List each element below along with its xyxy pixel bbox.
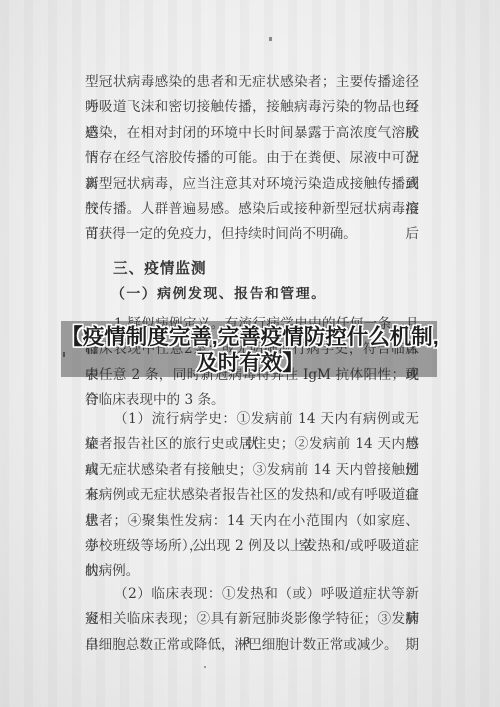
text-line: 下存在经气溶胶传播的可能。由于在粪便、尿液中可分离到 [85, 146, 419, 171]
scan-speck [204, 666, 206, 668]
text-line: 患者；④聚集性发病：14 天内在小范围内（如家庭、办公室、 [85, 509, 419, 534]
section-heading-epidemic-monitoring: 三、疫情监测 [85, 257, 419, 282]
scan-speck [269, 37, 272, 41]
paragraph-epidemiological-history: （1）流行病学史：①发病前 14 天内有病例或无症状感 染者报告社区的旅行史或居… [85, 407, 419, 585]
paragraph-transmission: 型冠状病毒感染的患者和无症状感染者；主要传播途径为经 呼吸道飞沫和密切接触传播，… [85, 70, 419, 248]
text-line: 学校班级等场所），出现 2 例及以上发热和/或呼吸道症状 [85, 534, 419, 559]
text-line: 呼吸道飞沫和密切接触传播，接触病毒污染的物品也可造成 [85, 95, 419, 120]
text-line: 的病例。 [85, 559, 419, 584]
subsection-heading-case-detection: （一）病例发现、报告和管理。 [85, 282, 419, 307]
text-line: 炎相关临床表现；②具有新冠肺炎影像学特征；③发病早期 [85, 607, 419, 632]
text-line: 或无症状感染者有接触史；③发病前 14 天内曾接触过来自 [85, 458, 419, 483]
headings-block: 三、疫情监测 （一）病例发现、报告和管理。 [85, 257, 419, 308]
text-line: （1）流行病学史：①发病前 14 天内有病例或无症状感 [85, 407, 419, 432]
text-line: 新型冠状病毒，应当注意其对环境污染造成接触传播或气溶 [85, 172, 419, 197]
page-number: 3 [197, 637, 297, 647]
text-line: 型冠状病毒感染的患者和无症状感染者；主要传播途径为经 [85, 70, 419, 95]
text-line: 胶传播。人群普遍易感。感染后或接种新型冠状病毒疫苗后 [85, 197, 419, 222]
text-line: 染者报告社区的旅行史或居住史；②发病前 14 天内与病例 [85, 432, 419, 457]
watermark-title: 【疫情制度完善,完善疫情防控什么机制,及时有效】 [60, 324, 440, 376]
text-line: （2）临床表现：①发热和（或）呼吸道症状等新冠肺 [85, 582, 419, 607]
text-line: 感染，在相对封闭的环境中长时间暴露于高浓度气溶胶情况 [85, 121, 419, 146]
scanned-document-page: 型冠状病毒感染的患者和无症状感染者；主要传播途径为经 呼吸道飞沫和密切接触传播，… [0, 0, 500, 707]
text-line: 有病例或无症状感染者报告社区的发热和/或有呼吸道症状 [85, 483, 419, 508]
